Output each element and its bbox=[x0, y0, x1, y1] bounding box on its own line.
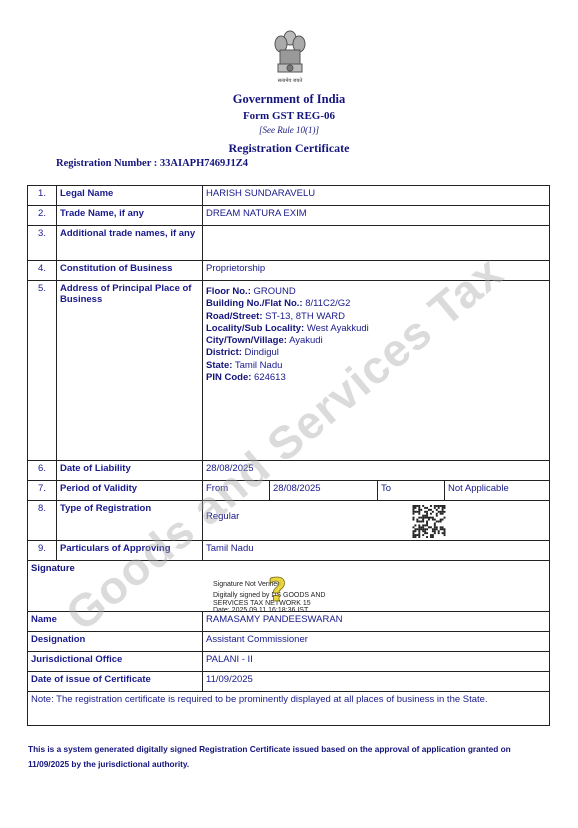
validity-to-label: To bbox=[378, 481, 445, 501]
jurisdictional-office-label: Jurisdictional Office bbox=[28, 652, 203, 672]
validity-from-value: 28/08/2025 bbox=[270, 481, 378, 501]
designation-label: Designation bbox=[28, 632, 203, 652]
rule-reference: [See Rule 10(1)] bbox=[0, 125, 578, 135]
form-title: Form GST REG-06 bbox=[0, 110, 578, 122]
table-row: 7. Period of Validity From 28/08/2025 To… bbox=[28, 481, 550, 501]
table-row: Date of issue of Certificate 11/09/2025 bbox=[28, 672, 550, 692]
note-row: Note: The registration certificate is re… bbox=[28, 692, 550, 726]
address-line: State: Tamil Nadu bbox=[206, 360, 546, 372]
table-row: Name RAMASAMY PANDEESWARAN bbox=[28, 612, 550, 632]
question-mark-icon[interactable]: ? bbox=[268, 574, 287, 606]
field-label: Period of Validity bbox=[57, 481, 203, 501]
government-heading: Government of India bbox=[0, 92, 578, 107]
validity-from-label: From bbox=[203, 481, 270, 501]
address-line: Floor No.: GROUND bbox=[206, 286, 546, 298]
signature-row: Signature Signature Not Verified Digital… bbox=[28, 561, 550, 612]
registration-type-value: Regular bbox=[203, 501, 550, 541]
table-row: 9. Particulars of Approving Tamil Nadu bbox=[28, 541, 550, 561]
issue-date-label: Date of issue of Certificate bbox=[28, 672, 203, 692]
validity-to-value: Not Applicable bbox=[445, 481, 550, 501]
svg-text:सत्यमेव जयते: सत्यमेव जयते bbox=[278, 77, 303, 84]
field-label: Particulars of Approving bbox=[57, 541, 203, 561]
qr-code bbox=[412, 505, 446, 538]
designation-value: Assistant Commissioner bbox=[203, 632, 550, 652]
table-row: 8. Type of Registration Regular bbox=[28, 501, 550, 541]
row-number: 1. bbox=[28, 186, 57, 206]
row-number: 5. bbox=[28, 281, 57, 461]
certificate-table: 1. Legal Name HARISH SUNDARAVELU 2. Trad… bbox=[27, 185, 550, 726]
table-row: 3. Additional trade names, if any bbox=[28, 226, 550, 261]
jurisdictional-office-value: PALANI - II bbox=[203, 652, 550, 672]
address-value: Floor No.: GROUND Building No./Flat No.:… bbox=[203, 281, 550, 461]
row-number: 8. bbox=[28, 501, 57, 541]
signature-label: Signature bbox=[31, 563, 546, 574]
address-line: District: Dindigul bbox=[206, 347, 546, 359]
table-row: 5. Address of Principal Place of Busines… bbox=[28, 281, 550, 461]
field-label: Legal Name bbox=[57, 186, 203, 206]
address-line: Building No./Flat No.: 8/11C2/G2 bbox=[206, 298, 546, 310]
row-number: 9. bbox=[28, 541, 57, 561]
field-label: Trade Name, if any bbox=[57, 206, 203, 226]
registration-number: Registration Number : 33AIAPH7469J1Z4 bbox=[56, 158, 248, 169]
trade-name-value: DREAM NATURA EXIM bbox=[203, 206, 550, 226]
officer-name-value: RAMASAMY PANDEESWARAN bbox=[203, 612, 550, 632]
additional-trade-names-value bbox=[203, 226, 550, 261]
issue-date-value: 11/09/2025 bbox=[203, 672, 550, 692]
officer-name-label: Name bbox=[28, 612, 203, 632]
table-row: 6. Date of Liability 28/08/2025 bbox=[28, 461, 550, 481]
table-row: 1. Legal Name HARISH SUNDARAVELU bbox=[28, 186, 550, 206]
footer-statement: This is a system generated digitally sig… bbox=[28, 742, 553, 772]
row-number: 7. bbox=[28, 481, 57, 501]
certificate-title: Registration Certificate bbox=[0, 141, 578, 156]
row-number: 4. bbox=[28, 261, 57, 281]
field-label: Date of Liability bbox=[57, 461, 203, 481]
approving-state-value: Tamil Nadu bbox=[203, 541, 550, 561]
address-line: Locality/Sub Locality: West Ayakkudi bbox=[206, 323, 546, 335]
row-number: 3. bbox=[28, 226, 57, 261]
table-row: Designation Assistant Commissioner bbox=[28, 632, 550, 652]
table-row: 2. Trade Name, if any DREAM NATURA EXIM bbox=[28, 206, 550, 226]
row-number: 2. bbox=[28, 206, 57, 226]
signature-block: Signature Signature Not Verified Digital… bbox=[31, 563, 546, 609]
address-line: Road/Street: ST-13, 8TH WARD bbox=[206, 311, 546, 323]
constitution-value: Proprietorship bbox=[203, 261, 550, 281]
table-row: Jurisdictional Office PALANI - II bbox=[28, 652, 550, 672]
legal-name-value: HARISH SUNDARAVELU bbox=[203, 186, 550, 206]
row-number: 6. bbox=[28, 461, 57, 481]
field-label: Additional trade names, if any bbox=[57, 226, 203, 261]
national-emblem-icon: सत्यमेव जयते bbox=[268, 26, 312, 86]
date-of-liability-value: 28/08/2025 bbox=[203, 461, 550, 481]
table-row: 4. Constitution of Business Proprietorsh… bbox=[28, 261, 550, 281]
address-line: City/Town/Village: Ayakudi bbox=[206, 335, 546, 347]
note-text: Note: The registration certificate is re… bbox=[28, 692, 550, 726]
address-line: PIN Code: 624613 bbox=[206, 372, 546, 384]
field-label: Constitution of Business bbox=[57, 261, 203, 281]
field-label: Address of Principal Place of Business bbox=[57, 281, 203, 461]
field-label: Type of Registration bbox=[57, 501, 203, 541]
